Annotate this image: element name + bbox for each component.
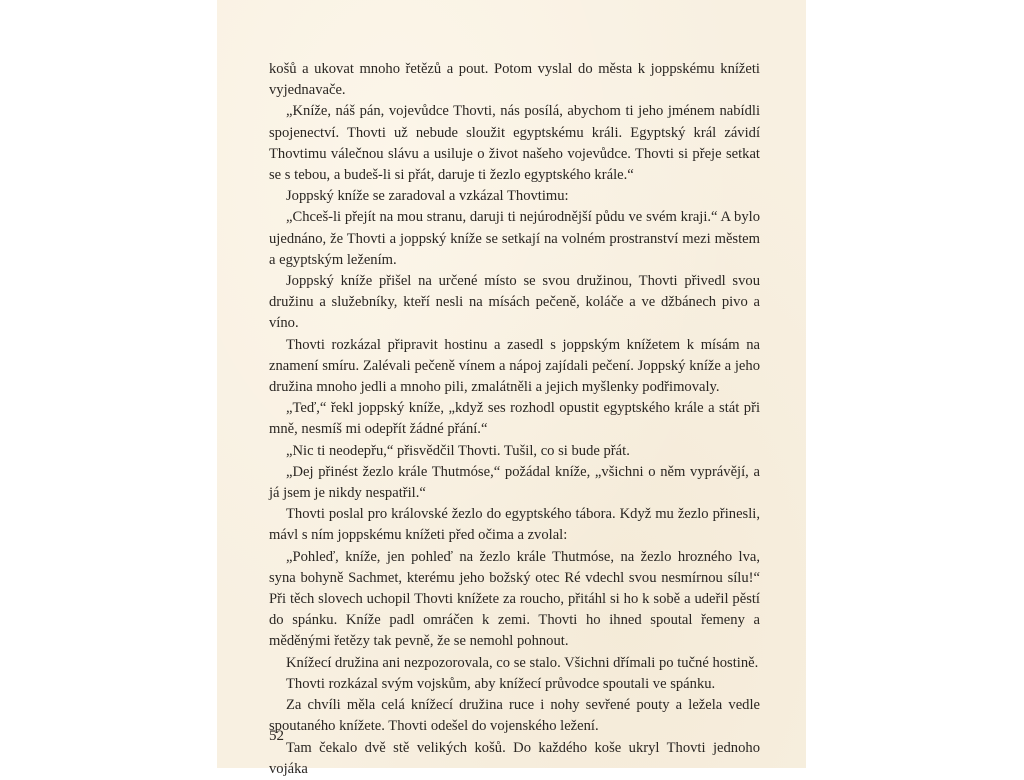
paragraph: „Teď,“ řekl joppský kníže, „když ses roz… xyxy=(269,398,760,440)
page-body-text: košů a ukovat mnoho řetězů a pout. Potom… xyxy=(269,59,760,768)
paragraph: Joppský kníže se zaradoval a vzkázal Tho… xyxy=(269,186,760,207)
paragraph: Knížecí družina ani nezpozorovala, co se… xyxy=(269,653,760,674)
paragraph: „Dej přinést žezlo krále Thutmóse,“ požá… xyxy=(269,462,760,504)
paragraph: „Kníže, náš pán, vojevůdce Thovti, nás p… xyxy=(269,101,760,186)
paragraph: „Pohleď, kníže, jen pohleď na žezlo král… xyxy=(269,547,760,653)
paragraph: „Nic ti neodepřu,“ přisvědčil Thovti. Tu… xyxy=(269,441,760,462)
paragraph: Tam čekalo dvě stě velikých košů. Do kaž… xyxy=(269,738,760,769)
paragraph: „Chceš-li přejít na mou stranu, daruji t… xyxy=(269,207,760,271)
book-page: košů a ukovat mnoho řetězů a pout. Potom… xyxy=(217,0,806,768)
paragraph: Joppský kníže přišel na určené místo se … xyxy=(269,271,760,335)
paragraph: Thovti rozkázal připravit hostinu a zase… xyxy=(269,335,760,399)
paragraph: košů a ukovat mnoho řetězů a pout. Potom… xyxy=(269,59,760,101)
paragraph: Thovti poslal pro královské žezlo do egy… xyxy=(269,504,760,546)
paragraph: Za chvíli měla celá knížecí družina ruce… xyxy=(269,695,760,737)
paragraph: Thovti rozkázal svým vojskům, aby knížec… xyxy=(269,674,760,695)
page-number: 52 xyxy=(269,728,284,745)
